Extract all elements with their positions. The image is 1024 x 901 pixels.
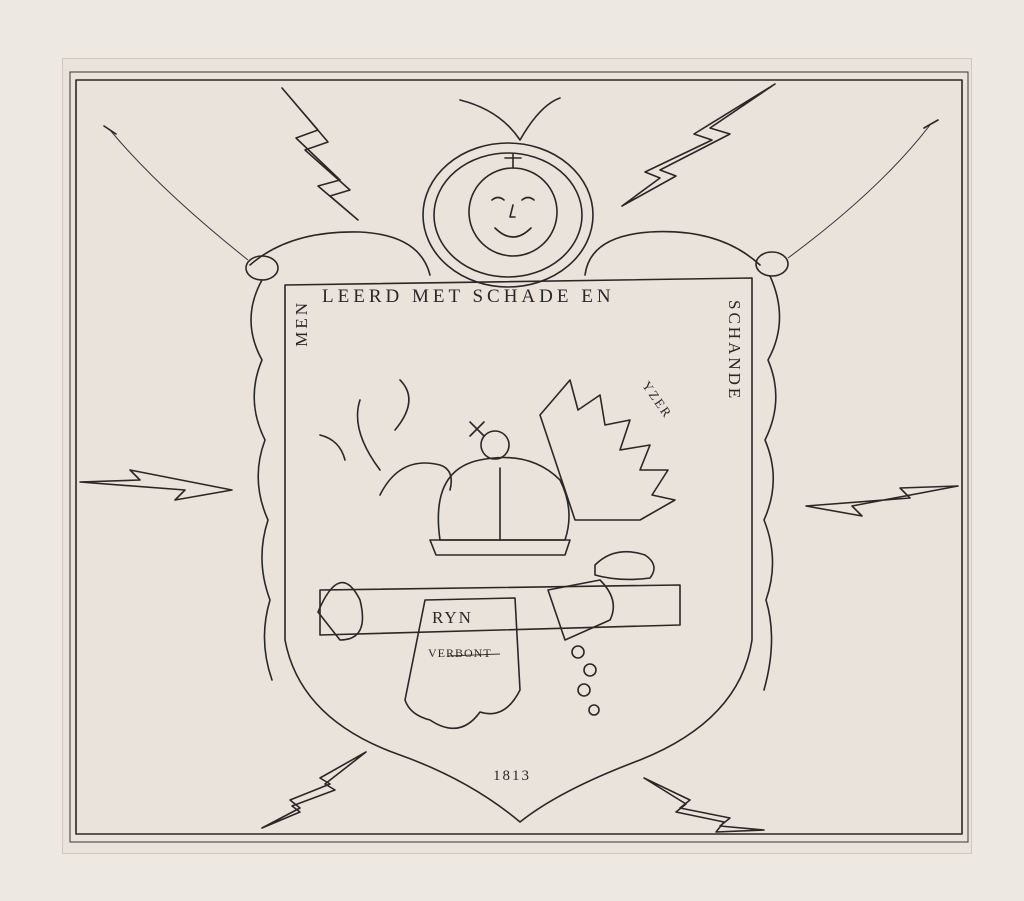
orb-icon: [481, 431, 509, 459]
etching-illustration: [0, 0, 1024, 901]
year-text: 1813: [493, 768, 531, 785]
motto-top-text: LEERD MET SCHADE EN: [322, 286, 615, 308]
cross-icon: [470, 422, 484, 436]
cat-icon: [380, 463, 451, 495]
banner-subtitle: VERBONT: [428, 646, 492, 661]
money-bag-icon: [548, 580, 613, 640]
left-ring-icon: [246, 256, 278, 280]
shield-outline: [285, 278, 752, 822]
outer-border: [70, 72, 968, 842]
paper-sheet: MEN LEERD MET SCHADE EN SCHANDE YZER RYN…: [0, 0, 1024, 901]
right-ring-icon: [756, 252, 788, 276]
left-drape: [251, 280, 272, 680]
banner-title: RYN: [432, 608, 473, 628]
inner-border: [76, 80, 962, 834]
left-cord: [110, 130, 248, 260]
still-life-group: [318, 380, 680, 728]
motto-left-text: MEN: [292, 300, 312, 347]
right-drape: [764, 276, 780, 690]
moon-face-icon: [469, 154, 557, 256]
feather-icons: [320, 380, 409, 470]
nail-icons: [104, 120, 938, 134]
motto-right-text: SCHANDE: [724, 300, 744, 401]
right-cord: [788, 125, 930, 258]
crown-icon: [438, 458, 569, 541]
table-base: [320, 585, 680, 635]
lion-head-icon: [318, 583, 363, 640]
mouse-icon: [595, 552, 654, 580]
